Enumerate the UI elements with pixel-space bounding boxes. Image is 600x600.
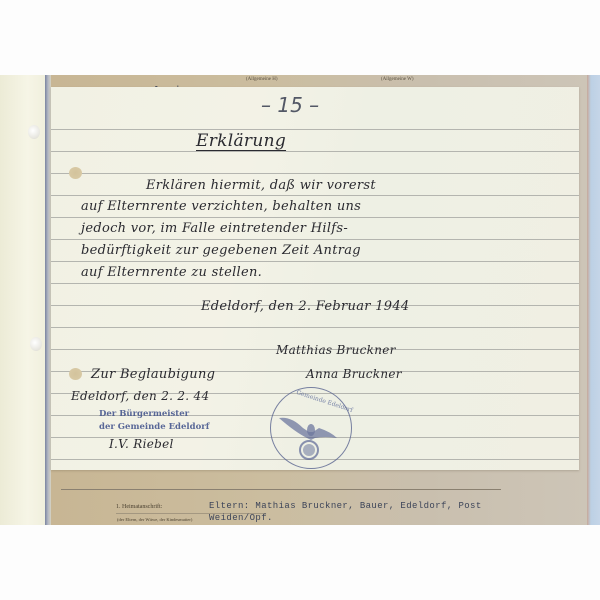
ruled-line [51, 129, 579, 130]
page-number: – 15 – [261, 93, 319, 117]
divider [61, 489, 501, 490]
body-line: Erklären hiermit, daß wir vorerst [146, 178, 376, 193]
heimat-label: 1. Heimatanschrift: [116, 504, 162, 510]
official-seal: Gemeinde Edeldorf [270, 387, 352, 469]
background [587, 75, 600, 525]
heimat-value-line1: Eltern: Mathias Bruckner, Bauer, Edeldor… [209, 501, 482, 511]
document-photo: (Allgemeine H) (Allgemeine W) Beruf: Jun… [0, 75, 600, 525]
ruled-line [51, 151, 579, 152]
certification-heading: Zur Beglaubigung [91, 367, 215, 382]
ruled-line [51, 261, 579, 262]
body-line: bedürftigkeit zur gegebenen Zeit Antrag [81, 243, 361, 258]
ruled-line [51, 239, 579, 240]
note-title: Erklärung [196, 131, 286, 151]
ruled-line [51, 173, 579, 174]
declaration-note: – 15 – Erklärung Erklären hiermit, daß w… [51, 87, 579, 470]
place-date: Edeldorf, den 2. Februar 1944 [201, 299, 410, 314]
heimat-sublabel: (der Eltern, der Witwe, der Kindesmutter… [117, 517, 192, 522]
form-top-label: (Allgemeine H) [246, 77, 278, 82]
left-binder-page [0, 75, 46, 525]
punch-hole [30, 337, 42, 351]
heimat-value-line2: Weiden/Opf. [209, 513, 273, 523]
signature-mother: Anna Bruckner [306, 367, 402, 381]
ruled-line [51, 327, 579, 328]
certifier-signature: I.V. Riebel [109, 437, 174, 451]
ruled-line [51, 195, 579, 196]
form-top-label: (Allgemeine W) [381, 77, 414, 82]
punch-hole [28, 125, 40, 139]
punch-hole-stain [69, 167, 82, 179]
ruled-line [51, 217, 579, 218]
mayor-stamp-line1: Der Bürgermeister [99, 409, 189, 419]
ruled-line [51, 283, 579, 284]
signature-father: Matthias Bruckner [276, 343, 396, 357]
eagle-emblem-icon [271, 388, 351, 468]
punch-hole-stain [69, 368, 82, 380]
body-line: auf Elternrente verzichten, behalten uns [81, 199, 361, 214]
body-line: auf Elternrente zu stellen. [81, 265, 262, 280]
body-line: jedoch vor, im Falle eintretender Hilfs- [81, 221, 348, 236]
certification-date: Edeldorf, den 2. 2. 44 [71, 389, 209, 403]
mayor-stamp-line2: der Gemeinde Edeldorf [99, 422, 209, 432]
